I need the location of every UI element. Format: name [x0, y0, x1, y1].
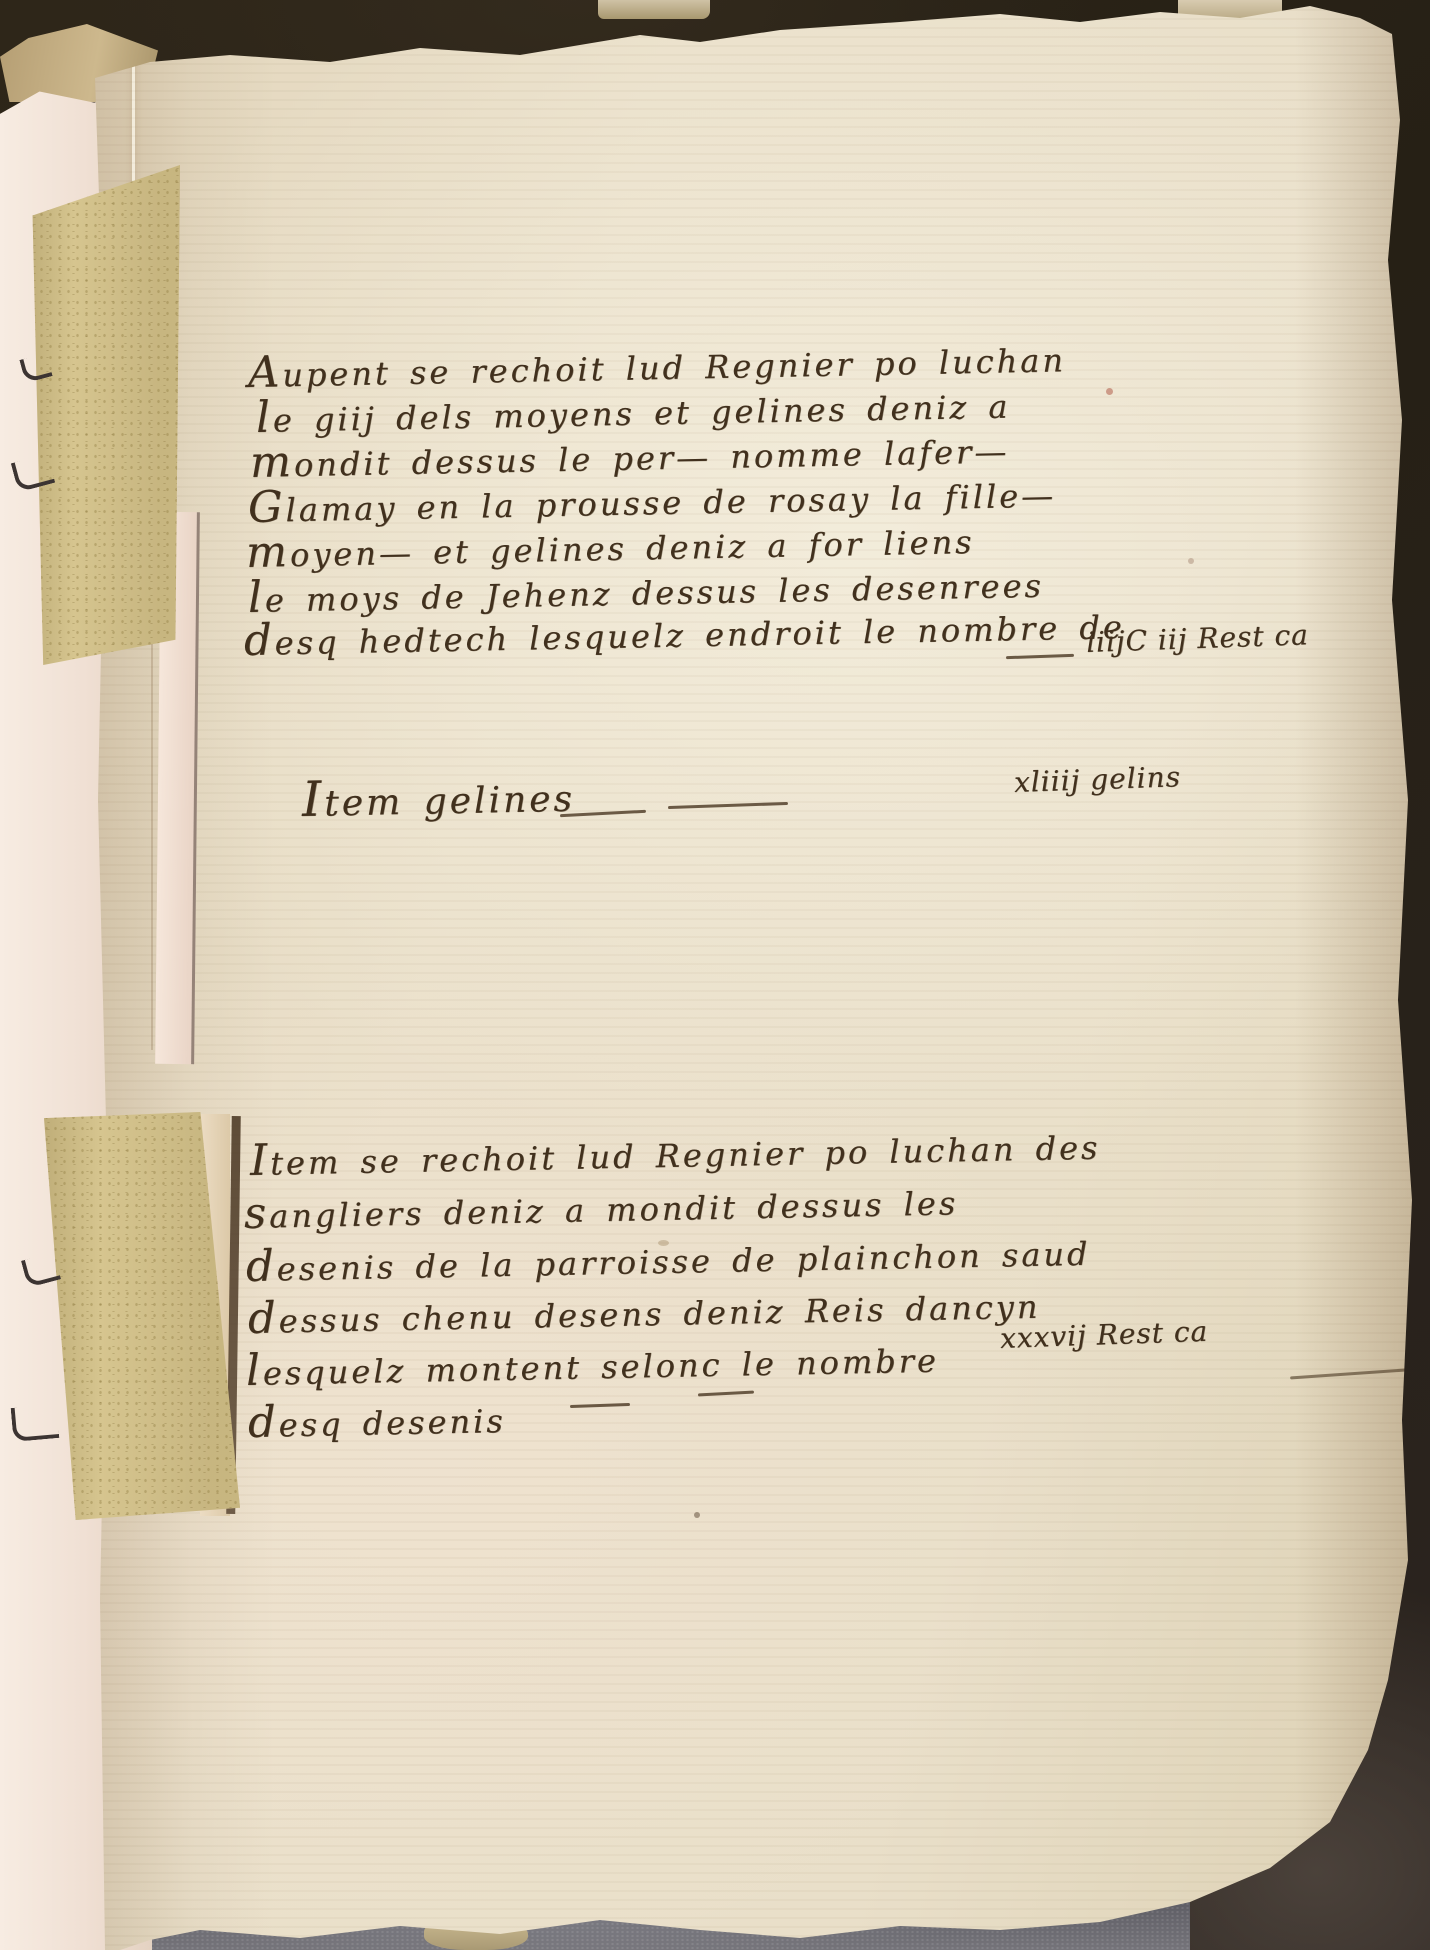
sewing-thread: [11, 1404, 60, 1442]
paper-speck: [694, 1512, 700, 1518]
ink-dash: [698, 1391, 754, 1397]
ink-dash: [1006, 654, 1074, 659]
page-edge-shadow: [1295, 0, 1430, 1950]
manuscript-line: lesquelz montent selonc le nombre: [246, 1333, 940, 1396]
entry-1-amount: iiijC iij Rest ca: [1085, 618, 1309, 659]
manuscript-line: Item se rechoit lud Regnier po luchan de…: [250, 1120, 1101, 1186]
paper-speck: [1106, 388, 1113, 395]
entry-3-amount: xxxvij Rest ca: [999, 1315, 1208, 1355]
manuscript-page: Aupent se rechoit lud Regnier po luchan …: [0, 0, 1430, 1950]
ink-dash: [668, 802, 788, 809]
entry-2-label: Item gelines: [301, 767, 575, 828]
photo-backdrop: Aupent se rechoit lud Regnier po luchan …: [0, 0, 1430, 1950]
page-stack-edge: [598, 0, 710, 19]
paper-speck: [1188, 558, 1194, 564]
entry-2-amount: xliiij gelins: [1013, 760, 1181, 799]
ink-dash: [570, 1403, 630, 1408]
parchment-guard-upper: [28, 165, 180, 670]
manuscript-line: desq desenis: [248, 1393, 507, 1448]
